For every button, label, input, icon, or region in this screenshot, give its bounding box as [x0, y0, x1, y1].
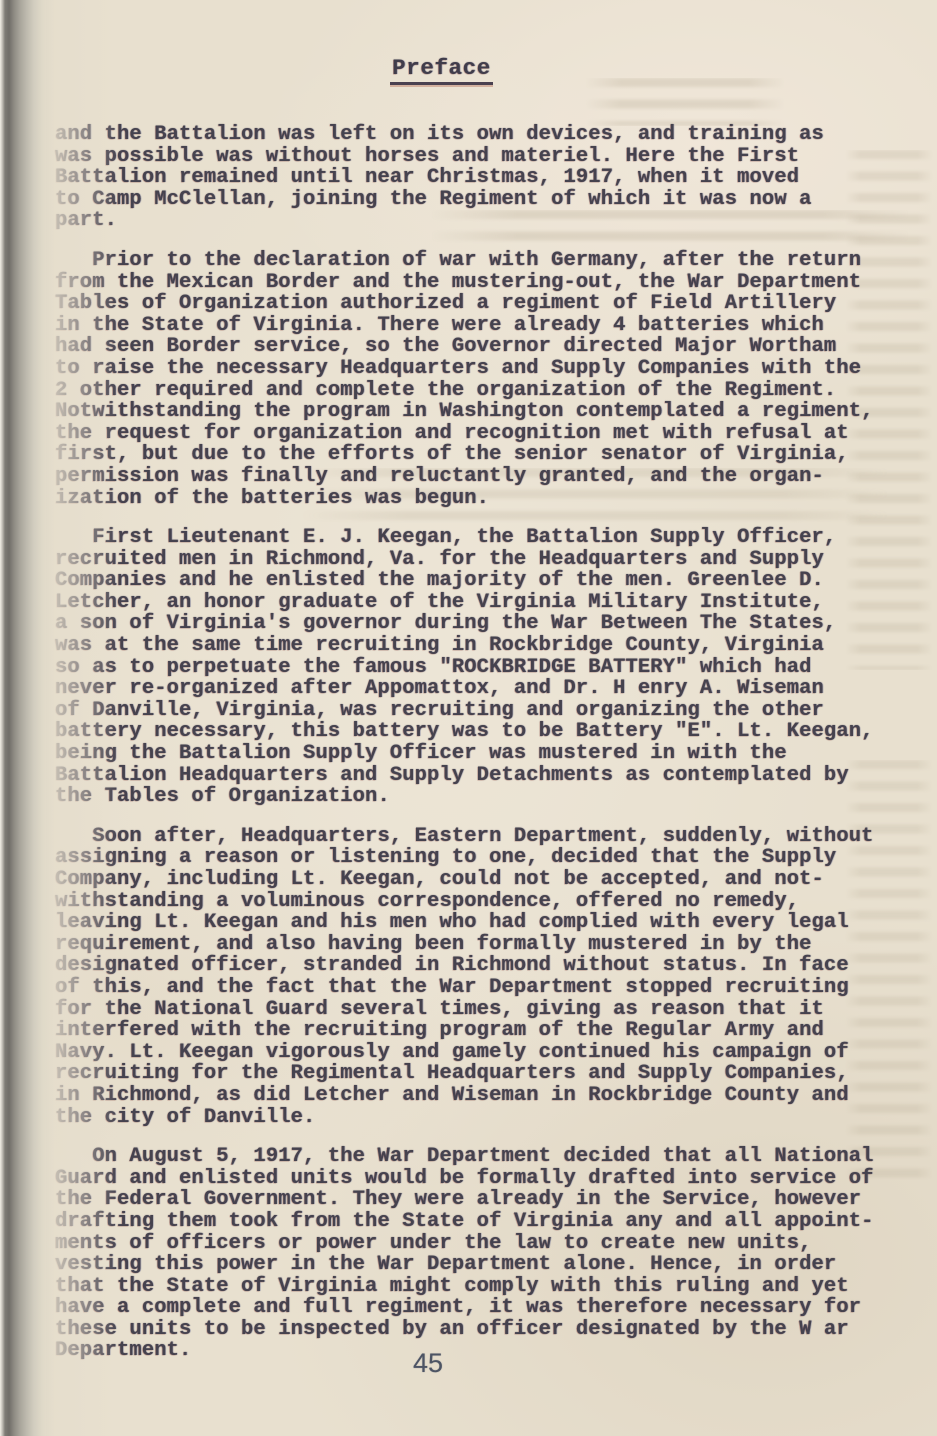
- text-line: of this, and the fact that the War Depar…: [55, 977, 911, 999]
- text-line: Guard and enlisted units would be formal…: [55, 1168, 911, 1190]
- text-line: designated officer, stranded in Richmond…: [55, 955, 911, 977]
- text-line: to raise the necessary Headquarters and …: [55, 358, 911, 380]
- text-line: Notwithstanding the program in Washingto…: [55, 401, 911, 423]
- text-line: drafting them took from the State of Vir…: [55, 1211, 911, 1233]
- text-line: that the State of Virginia might comply …: [55, 1276, 911, 1298]
- page-number: 45: [413, 1348, 443, 1379]
- text-line: in Richmond, as did Letcher and Wiseman …: [55, 1085, 911, 1107]
- text-line: Company, including Lt. Keegan, could not…: [55, 869, 911, 891]
- text-line: being the Battalion Supply Officer was m…: [55, 743, 911, 765]
- text-line: the Tables of Organization.: [55, 786, 911, 808]
- text-line: 2 other required and complete the organi…: [55, 380, 911, 402]
- paragraph: On August 5, 1917, the War Department de…: [55, 1146, 911, 1362]
- text-line: these units to be inspected by an office…: [55, 1319, 911, 1341]
- paragraph: Prior to the declaration of war with Ger…: [55, 250, 911, 509]
- text-line: Soon after, Headquarters, Eastern Depart…: [55, 826, 911, 848]
- text-line: On August 5, 1917, the War Department de…: [55, 1146, 911, 1168]
- text-line: leaving Lt. Keegan and his men who had c…: [55, 912, 911, 934]
- text-line: from the Mexican Border and the musterin…: [55, 272, 911, 294]
- text-line: the city of Danville.: [55, 1107, 911, 1129]
- text-line: First Lieutenant E. J. Keegan, the Batta…: [55, 527, 911, 549]
- text-line: Navy. Lt. Keegan vigorously and gamely c…: [55, 1042, 911, 1064]
- text-line: have a complete and full regiment, it wa…: [55, 1297, 911, 1319]
- text-line: recruited men in Richmond, Va. for the H…: [55, 549, 911, 571]
- text-line: battery necessary, this battery was to b…: [55, 721, 911, 743]
- text-line: so as to perpetuate the famous "ROCKBRID…: [55, 657, 911, 679]
- text-line: the request for organization and recogni…: [55, 423, 911, 445]
- paragraph: Soon after, Headquarters, Eastern Depart…: [55, 826, 911, 1128]
- text-line: was possible was without horses and mate…: [55, 146, 911, 168]
- text-line: first, but due to the efforts of the sen…: [55, 444, 911, 466]
- text-line: Department.: [55, 1340, 911, 1362]
- text-line: of Danville, Virginia, was recruiting an…: [55, 700, 911, 722]
- text-line: Companies and he enlisted the majority o…: [55, 570, 911, 592]
- text-line: the Federal Government. They were alread…: [55, 1189, 911, 1211]
- text-line: ization of the batteries was begun.: [55, 488, 911, 510]
- text-block: and the Battalion was left on its own de…: [55, 124, 911, 1362]
- text-line: ments of officers or power under the law…: [55, 1233, 911, 1255]
- text-line: had seen Border service, so the Governor…: [55, 336, 911, 358]
- text-line: permission was finally and reluctantly g…: [55, 466, 911, 488]
- text-line: was at the same time recruiting in Rockb…: [55, 635, 911, 657]
- text-line: a son of Virginia's governor during the …: [55, 613, 911, 635]
- text-line: part.: [55, 210, 911, 232]
- text-line: never re-organized after Appomattox, and…: [55, 678, 911, 700]
- text-line: assigning a reason or listening to one, …: [55, 847, 911, 869]
- text-line: Battalion remained until near Christmas,…: [55, 167, 911, 189]
- text-line: for the National Guard several times, gi…: [55, 999, 911, 1021]
- paragraph: First Lieutenant E. J. Keegan, the Batta…: [55, 527, 911, 808]
- text-line: vesting this power in the War Department…: [55, 1254, 911, 1276]
- text-line: Prior to the declaration of war with Ger…: [55, 250, 911, 272]
- text-line: requirement, and also having been formal…: [55, 934, 911, 956]
- text-line: Tables of Organization authorized a regi…: [55, 293, 911, 315]
- page-title: Preface: [0, 55, 910, 85]
- text-line: to Camp McClellan, joining the Regiment …: [55, 189, 911, 211]
- text-line: recruiting for the Regimental Headquarte…: [55, 1063, 911, 1085]
- text-line: in the State of Virginia. There were alr…: [55, 315, 911, 337]
- paragraph: and the Battalion was left on its own de…: [55, 124, 911, 232]
- text-line: withstanding a voluminous correspondence…: [55, 891, 911, 913]
- text-line: and the Battalion was left on its own de…: [55, 124, 911, 146]
- text-line: Battalion Headquarters and Supply Detach…: [55, 765, 911, 787]
- page-title-text: Preface: [390, 55, 493, 85]
- text-line: interfered with the recruiting program o…: [55, 1020, 911, 1042]
- text-line: Letcher, an honor graduate of the Virgin…: [55, 592, 911, 614]
